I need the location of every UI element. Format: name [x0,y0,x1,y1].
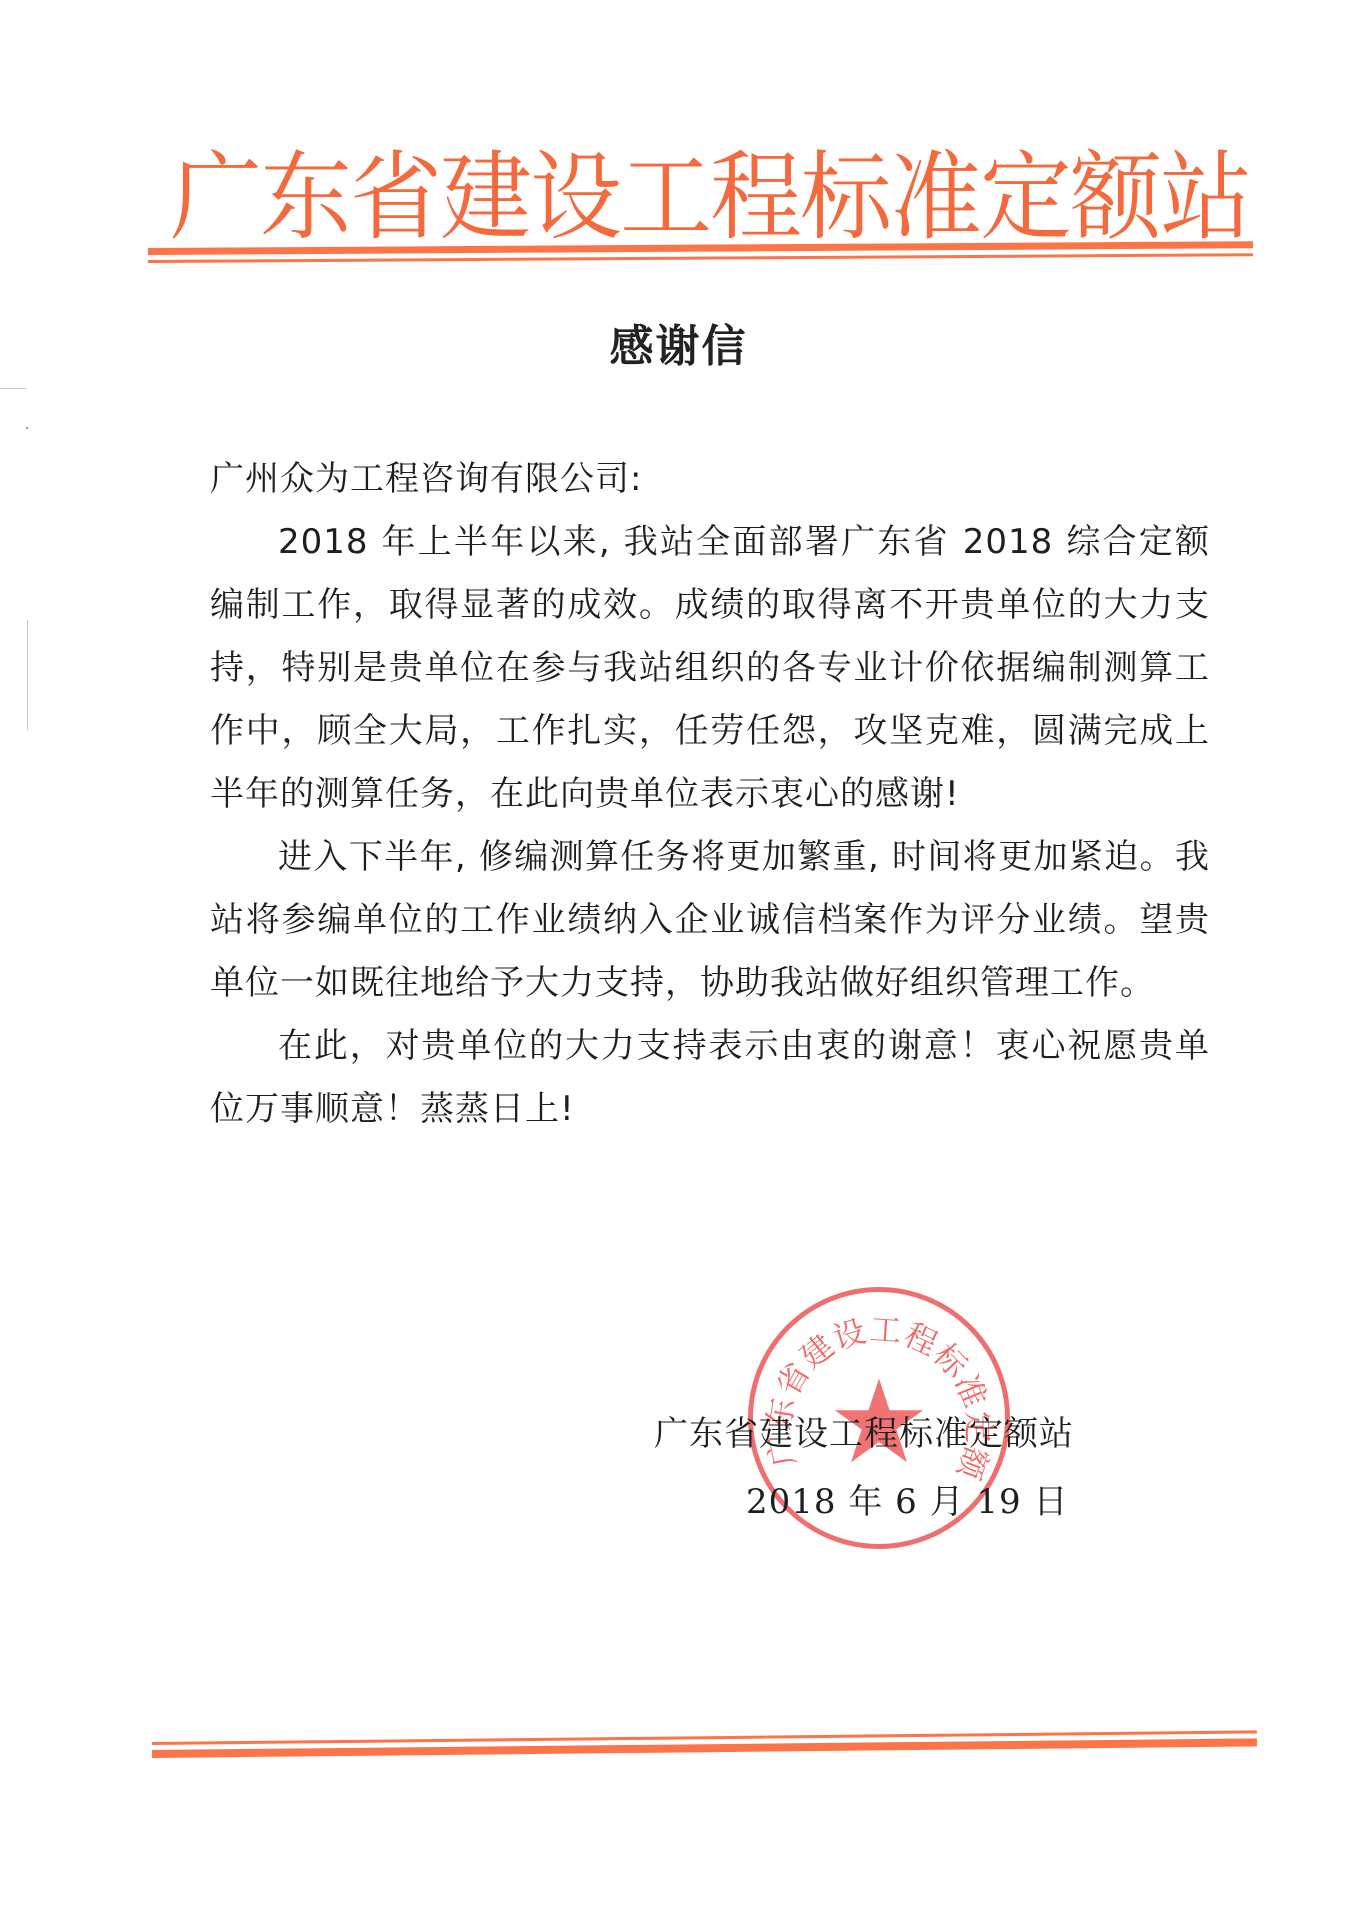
scan-artifact [0,388,26,389]
scan-artifact [26,427,28,429]
signature-block: 广东省建设工程标准定额站 2018 年 6 月 19 日 [654,1400,1094,1536]
paragraph: 进入下半年, 修编测算任务将更加繁重, 时间将更加紧迫。我站将参编单位的工作业绩… [210,826,1210,1015]
signature-date: 2018 年 6 月 19 日 [654,1468,1094,1536]
scan-artifact [27,620,28,730]
paragraph: 在此，对贵单位的大力支持表示由衷的谢意！衷心祝愿贵单位万事顺意！蒸蒸日上! [210,1015,1210,1141]
salutation: 广州众为工程咨询有限公司: [210,448,1210,511]
document-title: 感谢信 [0,310,1357,374]
signature-organization: 广东省建设工程标准定额站 [654,1400,1094,1468]
paragraph: 2018 年上半年以来, 我站全面部署广东省 2018 综合定额编制工作，取得显… [210,511,1210,826]
footer-divider [152,1730,1257,1764]
letterhead-organization: 广东省建设工程标准定额站 [170,140,1210,256]
divider-thin-line [148,253,1253,263]
letter-body: 广州众为工程咨询有限公司: 2018 年上半年以来, 我站全面部署广东省 201… [210,448,1210,1141]
